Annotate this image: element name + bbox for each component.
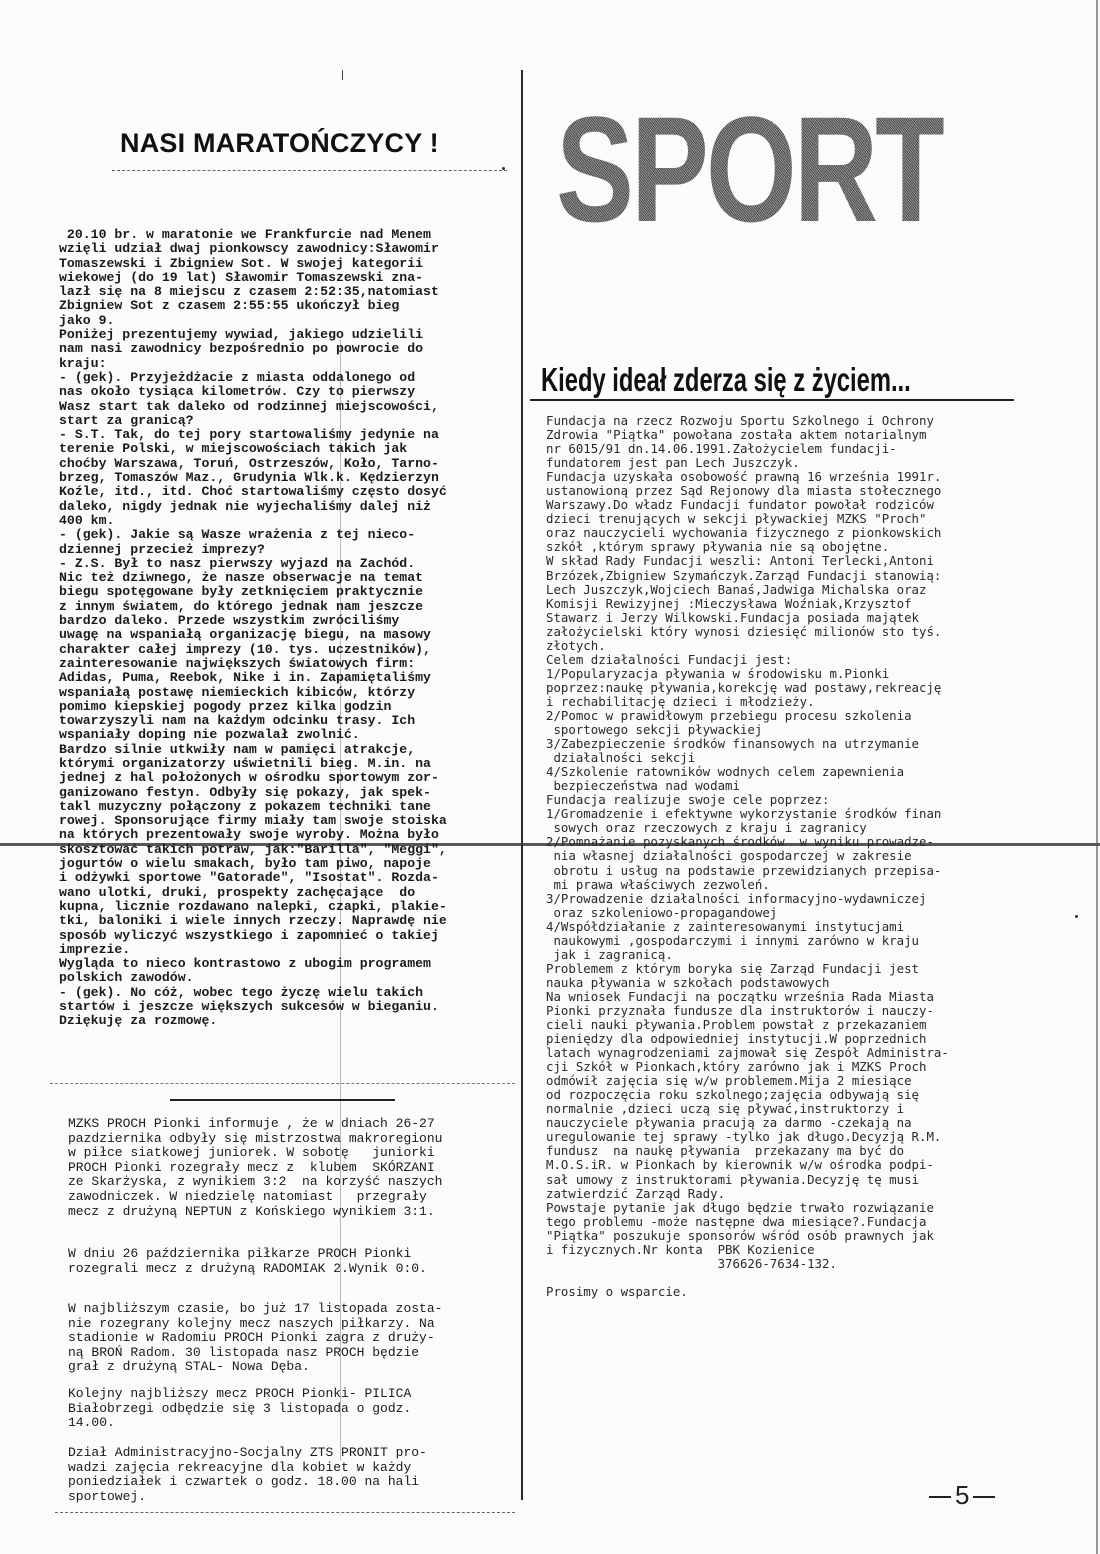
title-rule xyxy=(112,170,507,172)
page-edge xyxy=(1096,0,1098,1554)
section-divider-bold xyxy=(170,1099,395,1101)
dash-decoration xyxy=(973,1496,995,1498)
article-marathon-body: 20.10 br. w maratonie we Frankfurcie nad… xyxy=(59,228,447,1029)
article-headline-foundation: Kiedy ideał zderza się z życiem... xyxy=(541,362,911,398)
news-item-recreation: Dział Administracyjno-Socjalny ZTS PRONI… xyxy=(68,1446,427,1504)
news-item-text: W dniu 26 października piłkarze PROCH Pi… xyxy=(68,1247,427,1276)
article-foundation: Fundacja na rzecz Rozwoju Sportu Szkolne… xyxy=(546,414,949,1299)
column-divider xyxy=(521,70,523,1500)
page-number-value: 5 xyxy=(955,1480,969,1510)
headline-rule xyxy=(530,399,1014,401)
news-item-upcoming-matches: W najbliższym czasie, bo już 17 listopad… xyxy=(68,1302,442,1375)
speck xyxy=(502,167,505,170)
page-number: 5 xyxy=(925,1480,999,1511)
section-masthead: SPORT xyxy=(556,104,943,234)
article-title-marathon: NASI MARATOŃCZYCY ! xyxy=(120,128,439,159)
news-item-text: W najbliższym czasie, bo już 17 listopad… xyxy=(68,1302,442,1375)
newspaper-page: NASI MARATOŃCZYCY ! 20.10 br. w maratoni… xyxy=(0,0,1100,1554)
dash-decoration xyxy=(929,1496,951,1498)
news-item-pilica-match: Kolejny najbliższy mecz PROCH Pionki- PI… xyxy=(68,1387,411,1431)
news-item-text: MZKS PROCH Pionki informuje , że w dniac… xyxy=(68,1117,442,1219)
article-marathon: 20.10 br. w maratonie we Frankfurcie nad… xyxy=(59,228,447,1029)
article-foundation-body: Fundacja na rzecz Rozwoju Sportu Szkolne… xyxy=(546,414,949,1299)
news-item-football-radomiak: W dniu 26 października piłkarze PROCH Pi… xyxy=(68,1247,427,1276)
news-item-text: Dział Administracyjno-Socjalny ZTS PRONI… xyxy=(68,1446,427,1504)
tick-mark xyxy=(342,70,343,80)
news-item-text: Kolejny najbliższy mecz PROCH Pionki- PI… xyxy=(68,1387,411,1431)
section-divider xyxy=(50,1083,515,1085)
news-item-volleyball: MZKS PROCH Pionki informuje , że w dniac… xyxy=(68,1117,442,1219)
section-divider xyxy=(55,1512,515,1514)
speck xyxy=(1075,915,1078,918)
